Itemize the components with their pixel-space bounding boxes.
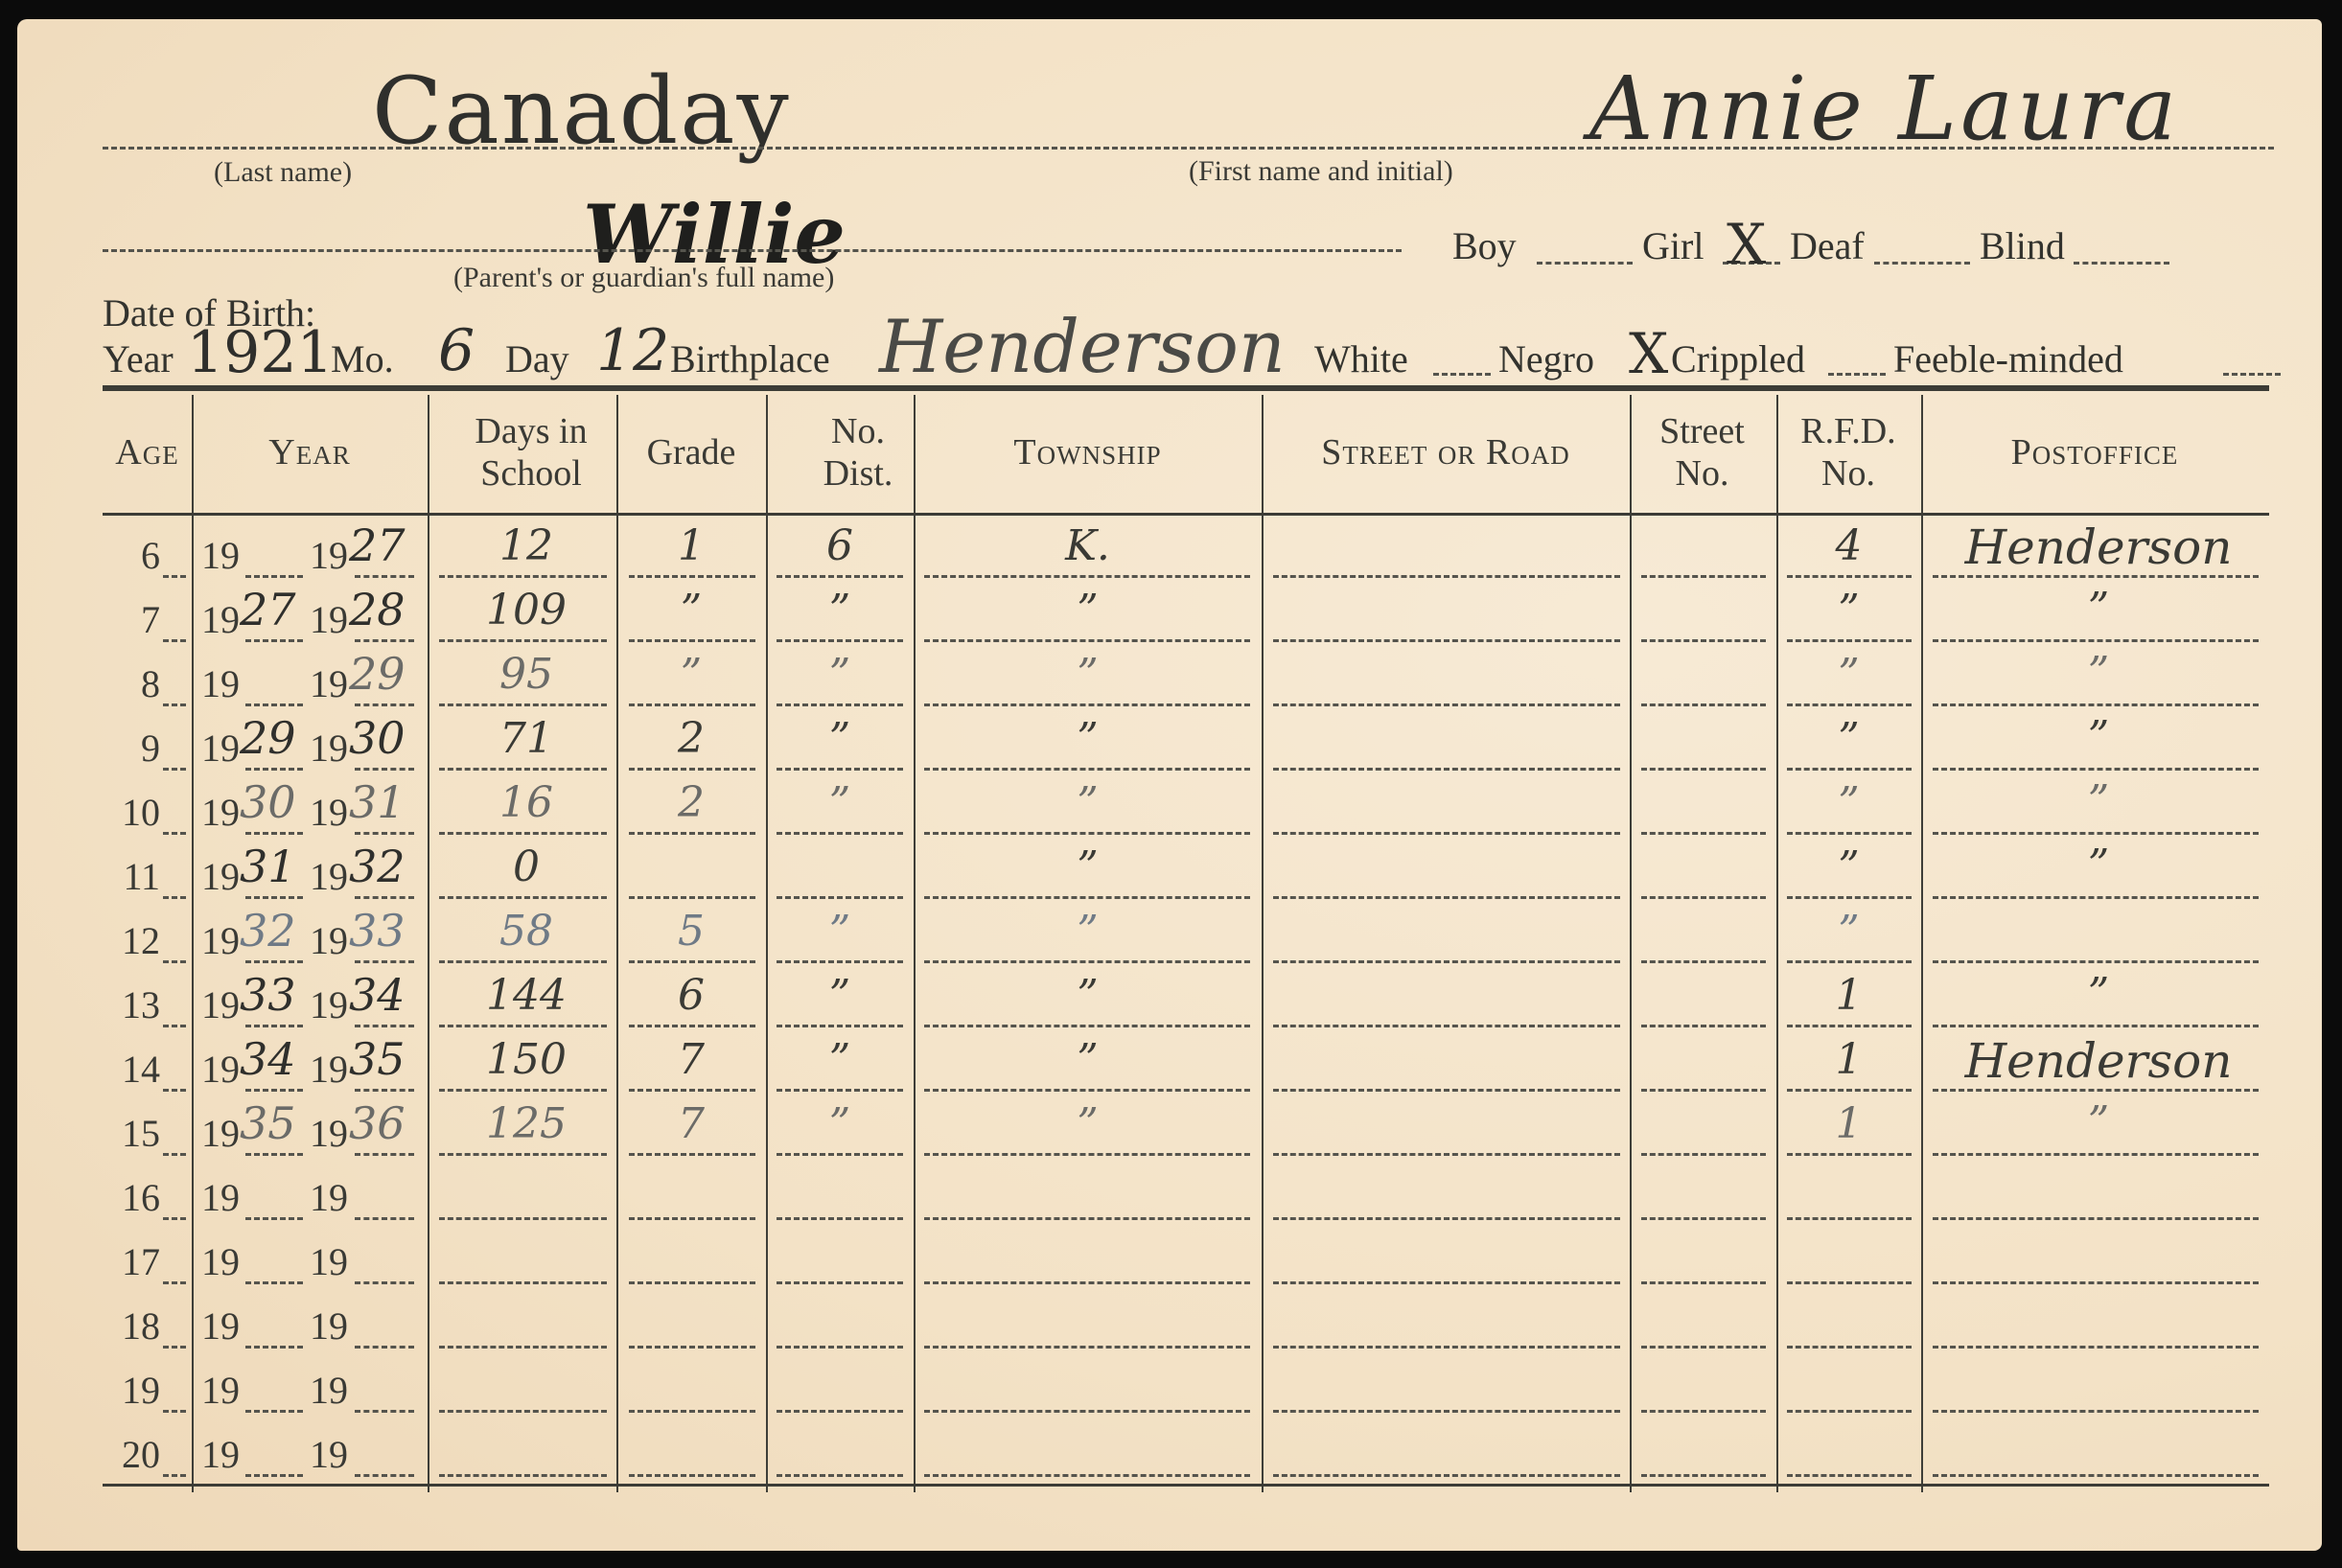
table-row: 6 19 19 27 12 1 6 K. 4 Henderson xyxy=(17,519,2322,584)
age-dash xyxy=(163,639,186,642)
cell-dash xyxy=(1933,1217,2259,1220)
age-cell: 7 xyxy=(103,597,160,642)
sex-disability-row: Boy Girl X Deaf Blind xyxy=(1452,216,2286,273)
col-header-age: Age xyxy=(103,395,192,510)
age-cell: 14 xyxy=(103,1047,160,1092)
cell-dash xyxy=(1933,1281,2259,1284)
grade-cell[interactable]: ” xyxy=(616,650,766,699)
days-in-school-cell[interactable]: 58 xyxy=(435,907,617,956)
township-cell[interactable]: ” xyxy=(914,1099,1262,1148)
year-from-value[interactable]: 32 xyxy=(240,905,296,957)
table-bottom-rule xyxy=(103,1484,2269,1487)
school-census-card: Canaday (Last name) Annie Laura (First n… xyxy=(17,19,2322,1551)
cell-dash xyxy=(777,639,903,642)
year-from-dash xyxy=(245,832,303,835)
col-header-days: Days in School xyxy=(435,395,627,510)
year-to-dash xyxy=(355,703,414,706)
year-to-dash xyxy=(355,896,414,899)
cell-dash xyxy=(439,832,607,835)
year-from-prefix: 19 xyxy=(201,854,240,899)
birth-year-value[interactable]: 1921 xyxy=(187,319,334,386)
cell-dash xyxy=(629,1025,755,1027)
postoffice-cell[interactable]: ” xyxy=(1925,648,2272,697)
cell-dash xyxy=(777,1346,903,1349)
cell-dash xyxy=(439,639,607,642)
cell-dash xyxy=(1273,1474,1620,1477)
year-to-prefix: 19 xyxy=(310,1432,348,1477)
table-row: 10 19 30 19 31 16 2 ” ” ” ” xyxy=(17,776,2322,841)
grade-cell[interactable]: 6 xyxy=(616,971,766,1020)
year-from-dash xyxy=(245,703,303,706)
year-from-value[interactable]: 30 xyxy=(240,776,296,828)
table-row: 7 19 27 19 28 109 ” ” ” ” ” xyxy=(17,584,2322,648)
year-to-value[interactable]: 29 xyxy=(349,648,406,700)
days-in-school-cell[interactable]: 109 xyxy=(435,586,617,634)
cell-dash xyxy=(924,896,1250,899)
year-to-dash xyxy=(355,1346,414,1349)
year-from-prefix: 19 xyxy=(201,918,240,963)
cell-dash xyxy=(924,832,1250,835)
cell-dash xyxy=(1641,832,1766,835)
year-to-value[interactable]: 30 xyxy=(349,712,406,764)
cell-dash xyxy=(1273,960,1620,963)
year-to-value[interactable]: 27 xyxy=(349,519,406,571)
year-from-prefix: 19 xyxy=(201,661,240,706)
days-in-school-cell[interactable]: 144 xyxy=(435,971,617,1020)
rfd-no-cell[interactable]: ” xyxy=(1776,586,1921,634)
cell-dash xyxy=(1787,768,1912,771)
year-from-prefix: 19 xyxy=(201,1111,240,1156)
cell-dash xyxy=(439,1410,607,1413)
cell-dash xyxy=(1641,575,1766,578)
year-from-prefix: 19 xyxy=(201,982,240,1027)
year-to-dash xyxy=(355,1025,414,1027)
table-row: 11 19 31 19 32 0 ” ” ” xyxy=(17,841,2322,905)
age-cell: 8 xyxy=(103,661,160,706)
district-cell[interactable]: ” xyxy=(766,778,914,827)
postoffice-cell[interactable]: ” xyxy=(1925,969,2272,1018)
year-label: Year xyxy=(103,336,174,381)
year-to-value[interactable]: 31 xyxy=(349,776,406,828)
age-cell: 16 xyxy=(103,1175,160,1220)
year-to-prefix: 19 xyxy=(310,1303,348,1349)
cell-dash xyxy=(629,1410,755,1413)
postoffice-cell[interactable]: ” xyxy=(1925,712,2272,761)
cell-dash xyxy=(629,1153,755,1156)
col-header-street-no: Street No. xyxy=(1637,395,1767,510)
district-cell[interactable]: ” xyxy=(766,586,914,634)
township-cell[interactable]: ” xyxy=(914,842,1262,891)
crippled-field[interactable] xyxy=(1828,373,1886,376)
deaf-field[interactable] xyxy=(1874,262,1970,265)
age-dash xyxy=(163,960,186,963)
cell-dash xyxy=(777,1089,903,1092)
postoffice-cell[interactable]: Henderson xyxy=(1925,1033,2272,1089)
year-to-prefix: 19 xyxy=(310,1175,348,1220)
year-from-prefix: 19 xyxy=(201,1432,240,1477)
last-name-label: (Last name) xyxy=(214,156,352,189)
cell-dash xyxy=(1641,768,1766,771)
township-cell[interactable]: ” xyxy=(914,907,1262,956)
cell-dash xyxy=(777,896,903,899)
cell-dash xyxy=(439,703,607,706)
year-to-dash xyxy=(355,1474,414,1477)
cell-dash xyxy=(1273,1025,1620,1027)
cell-dash xyxy=(629,703,755,706)
cell-dash xyxy=(1787,575,1912,578)
cell-dash xyxy=(1641,1410,1766,1413)
township-cell[interactable]: ” xyxy=(914,650,1262,699)
cell-dash xyxy=(1787,1153,1912,1156)
year-to-value[interactable]: 32 xyxy=(349,841,406,892)
cell-dash xyxy=(1787,1346,1912,1349)
day-label: Day xyxy=(505,336,569,381)
year-to-prefix: 19 xyxy=(310,1368,348,1413)
cell-dash xyxy=(1933,1346,2259,1349)
year-to-prefix: 19 xyxy=(310,854,348,899)
month-label: Mo. xyxy=(331,336,394,381)
age-cell: 13 xyxy=(103,982,160,1027)
cell-dash xyxy=(1641,1474,1766,1477)
cell-dash xyxy=(1641,1153,1766,1156)
cell-dash xyxy=(777,768,903,771)
year-to-value[interactable]: 34 xyxy=(349,969,406,1021)
year-from-prefix: 19 xyxy=(201,533,240,578)
cell-dash xyxy=(629,896,755,899)
days-in-school-cell[interactable]: 12 xyxy=(435,521,617,570)
col-header-dist: No. Dist. xyxy=(784,395,932,510)
year-to-value[interactable]: 33 xyxy=(349,905,406,957)
age-dash xyxy=(163,1089,186,1092)
cell-dash xyxy=(1787,832,1912,835)
cell-dash xyxy=(439,1025,607,1027)
crippled-label: Crippled xyxy=(1671,336,1805,381)
postoffice-cell[interactable]: Henderson xyxy=(1925,519,2272,575)
negro-mark: X xyxy=(1629,321,1668,386)
year-to-prefix: 19 xyxy=(310,982,348,1027)
days-in-school-cell[interactable]: 150 xyxy=(435,1035,617,1084)
rfd-no-cell[interactable]: ” xyxy=(1776,907,1921,956)
cell-dash xyxy=(924,1089,1250,1092)
table-row: 18 19 19 xyxy=(17,1290,2322,1354)
district-cell[interactable]: 6 xyxy=(766,521,914,570)
table-row: 14 19 34 19 35 150 7 ” ” 1 Henderson xyxy=(17,1033,2322,1097)
cell-dash xyxy=(777,832,903,835)
rfd-no-cell[interactable]: ” xyxy=(1776,842,1921,891)
days-in-school-cell[interactable]: 125 xyxy=(435,1099,617,1148)
cell-dash xyxy=(1787,1410,1912,1413)
postoffice-cell[interactable]: ” xyxy=(1925,584,2272,633)
age-cell: 6 xyxy=(103,533,160,578)
cell-dash xyxy=(1933,703,2259,706)
birth-day-value[interactable]: 12 xyxy=(596,317,669,384)
age-dash xyxy=(163,703,186,706)
cell-dash xyxy=(777,1281,903,1284)
year-from-value[interactable]: 29 xyxy=(240,712,296,764)
cell-dash xyxy=(1273,1217,1620,1220)
cell-dash xyxy=(439,1153,607,1156)
cell-dash xyxy=(1641,896,1766,899)
cell-dash xyxy=(777,575,903,578)
cell-dash xyxy=(1641,1217,1766,1220)
blind-field[interactable] xyxy=(2074,262,2169,265)
birthplace-value[interactable]: Henderson xyxy=(879,304,1286,389)
cell-dash xyxy=(1273,575,1620,578)
cell-dash xyxy=(1787,1474,1912,1477)
col-header-postoffice: Postoffice xyxy=(1921,395,2268,510)
township-cell[interactable]: ” xyxy=(914,1035,1262,1084)
negro-label: Negro xyxy=(1498,336,1594,381)
section-divider xyxy=(103,385,2269,391)
cell-dash xyxy=(777,1025,903,1027)
cell-dash xyxy=(629,1217,755,1220)
year-from-prefix: 19 xyxy=(201,1175,240,1220)
cell-dash xyxy=(777,1153,903,1156)
cell-dash xyxy=(439,1346,607,1349)
table-row: 8 19 19 29 95 ” ” ” ” ” xyxy=(17,648,2322,712)
cell-dash xyxy=(439,1217,607,1220)
cell-dash xyxy=(439,896,607,899)
cell-dash xyxy=(924,1346,1250,1349)
cell-dash xyxy=(1641,960,1766,963)
grade-cell[interactable]: 2 xyxy=(616,778,766,827)
cell-dash xyxy=(629,639,755,642)
cell-dash xyxy=(629,575,755,578)
first-name-value: Annie Laura xyxy=(1589,58,2180,160)
year-to-prefix: 19 xyxy=(310,533,348,578)
age-cell: 10 xyxy=(103,790,160,835)
postoffice-cell[interactable]: ” xyxy=(1925,1097,2272,1146)
cell-dash xyxy=(1787,896,1912,899)
cell-dash xyxy=(924,1281,1250,1284)
cell-dash xyxy=(1933,1089,2259,1092)
grade-cell[interactable]: 5 xyxy=(616,907,766,956)
cell-dash xyxy=(1641,1346,1766,1349)
cell-dash xyxy=(924,575,1250,578)
white-field[interactable] xyxy=(1433,373,1491,376)
year-to-prefix: 19 xyxy=(310,790,348,835)
cell-dash xyxy=(629,1346,755,1349)
table-row: 19 19 19 xyxy=(17,1354,2322,1418)
days-in-school-cell[interactable]: 71 xyxy=(435,714,617,763)
days-in-school-cell[interactable]: 95 xyxy=(435,650,617,699)
rfd-no-cell[interactable]: 4 xyxy=(1776,521,1921,570)
cell-dash xyxy=(1933,639,2259,642)
grade-cell[interactable]: 7 xyxy=(616,1099,766,1148)
district-cell[interactable]: ” xyxy=(766,650,914,699)
year-from-value[interactable]: 31 xyxy=(240,841,296,892)
table-row: 16 19 19 xyxy=(17,1162,2322,1226)
year-to-prefix: 19 xyxy=(310,597,348,642)
township-cell[interactable]: ” xyxy=(914,714,1262,763)
cell-dash xyxy=(1933,896,2259,899)
cell-dash xyxy=(439,1089,607,1092)
age-cell: 17 xyxy=(103,1239,160,1284)
girl-mark: X xyxy=(1727,212,1766,277)
age-dash xyxy=(163,1410,186,1413)
year-to-dash xyxy=(355,1153,414,1156)
rfd-no-cell[interactable]: 1 xyxy=(1776,971,1921,1020)
year-to-dash xyxy=(355,1410,414,1413)
cell-dash xyxy=(924,1153,1250,1156)
year-from-prefix: 19 xyxy=(201,726,240,771)
year-from-dash xyxy=(245,1346,303,1349)
cell-dash xyxy=(1933,1025,2259,1027)
cell-dash xyxy=(439,960,607,963)
postoffice-cell[interactable]: ” xyxy=(1925,776,2272,825)
grade-cell[interactable]: 1 xyxy=(616,521,766,570)
year-from-value[interactable]: 35 xyxy=(240,1097,296,1149)
col-header-street-road: Street or Road xyxy=(1262,395,1630,510)
age-dash xyxy=(163,1474,186,1477)
cell-dash xyxy=(1641,639,1766,642)
year-to-prefix: 19 xyxy=(310,726,348,771)
cell-dash xyxy=(924,1474,1250,1477)
rfd-no-cell[interactable]: ” xyxy=(1776,650,1921,699)
township-cell[interactable]: ” xyxy=(914,778,1262,827)
cell-dash xyxy=(777,1410,903,1413)
year-from-dash xyxy=(245,768,303,771)
district-cell[interactable]: ” xyxy=(766,1099,914,1148)
township-cell[interactable]: K. xyxy=(914,521,1262,570)
district-cell[interactable]: ” xyxy=(766,907,914,956)
cell-dash xyxy=(1787,1281,1912,1284)
age-dash xyxy=(163,768,186,771)
col-header-year: Year xyxy=(192,395,428,510)
age-dash xyxy=(163,575,186,578)
district-cell[interactable]: ” xyxy=(766,714,914,763)
table-row: 9 19 29 19 30 71 2 ” ” ” ” xyxy=(17,712,2322,776)
township-cell[interactable]: ” xyxy=(914,971,1262,1020)
year-to-prefix: 19 xyxy=(310,918,348,963)
year-to-value[interactable]: 35 xyxy=(349,1033,406,1085)
cell-dash xyxy=(1933,832,2259,835)
cell-dash xyxy=(1787,1025,1912,1027)
cell-dash xyxy=(1641,1281,1766,1284)
birth-row: Year 1921 Mo. 6 Day 12 Birthplace Hender… xyxy=(103,331,2298,388)
cell-dash xyxy=(1273,1089,1620,1092)
boy-label: Boy xyxy=(1452,223,1517,268)
rfd-no-cell[interactable]: ” xyxy=(1776,778,1921,827)
year-to-dash xyxy=(355,1217,414,1220)
year-from-value[interactable]: 33 xyxy=(240,969,296,1021)
year-to-dash xyxy=(355,832,414,835)
year-from-dash xyxy=(245,960,303,963)
cell-dash xyxy=(1787,703,1912,706)
age-dash xyxy=(163,832,186,835)
age-dash xyxy=(163,1153,186,1156)
table-row: 17 19 19 xyxy=(17,1226,2322,1290)
cell-dash xyxy=(629,1474,755,1477)
year-to-value[interactable]: 28 xyxy=(349,584,406,635)
cell-dash xyxy=(1273,1153,1620,1156)
grade-cell[interactable]: 7 xyxy=(616,1035,766,1084)
rfd-no-cell[interactable]: 1 xyxy=(1776,1099,1921,1148)
cell-dash xyxy=(1933,1153,2259,1156)
cell-dash xyxy=(1273,768,1620,771)
birthplace-label: Birthplace xyxy=(670,336,830,381)
district-cell[interactable]: ” xyxy=(766,1035,914,1084)
first-name-label: (First name and initial) xyxy=(1189,155,1453,188)
year-to-dash xyxy=(355,960,414,963)
cell-dash xyxy=(777,703,903,706)
table-row: 13 19 33 19 34 144 6 ” ” 1 ” xyxy=(17,969,2322,1033)
township-cell[interactable]: ” xyxy=(914,586,1262,634)
cell-dash xyxy=(1273,896,1620,899)
year-from-prefix: 19 xyxy=(201,1047,240,1092)
cell-dash xyxy=(924,1410,1250,1413)
grade-cell[interactable]: ” xyxy=(616,586,766,634)
year-from-prefix: 19 xyxy=(201,597,240,642)
col-header-rfd-no: R.F.D. No. xyxy=(1783,395,1913,510)
year-from-prefix: 19 xyxy=(201,1239,240,1284)
district-cell[interactable]: ” xyxy=(766,971,914,1020)
cell-dash xyxy=(1641,703,1766,706)
year-from-dash xyxy=(245,575,303,578)
year-from-dash xyxy=(245,896,303,899)
cell-dash xyxy=(1641,1089,1766,1092)
cell-dash xyxy=(924,1025,1250,1027)
cell-dash xyxy=(1273,703,1620,706)
days-in-school-cell[interactable]: 16 xyxy=(435,778,617,827)
cell-dash xyxy=(1273,1346,1620,1349)
cell-dash xyxy=(1933,1474,2259,1477)
year-from-dash xyxy=(245,1410,303,1413)
grade-cell[interactable]: 2 xyxy=(616,714,766,763)
girl-label: Girl xyxy=(1642,223,1704,268)
postoffice-cell[interactable]: ” xyxy=(1925,841,2272,889)
age-cell: 18 xyxy=(103,1303,160,1349)
cell-dash xyxy=(1933,768,2259,771)
cell-dash xyxy=(1273,1281,1620,1284)
cell-dash xyxy=(1787,960,1912,963)
feeble-minded-field[interactable] xyxy=(2223,373,2281,376)
year-from-prefix: 19 xyxy=(201,1368,240,1413)
year-from-value[interactable]: 34 xyxy=(240,1033,296,1085)
rfd-no-cell[interactable]: ” xyxy=(1776,714,1921,763)
days-in-school-cell[interactable]: 0 xyxy=(435,842,617,891)
cell-dash xyxy=(1787,1089,1912,1092)
parent-name-label: (Parent's or guardian's full name) xyxy=(453,262,834,294)
age-dash xyxy=(163,1281,186,1284)
boy-field[interactable] xyxy=(1537,262,1633,265)
year-to-dash xyxy=(355,768,414,771)
cell-dash xyxy=(777,1474,903,1477)
year-to-dash xyxy=(355,575,414,578)
parent-name-line xyxy=(103,249,1402,252)
cell-dash xyxy=(1641,1025,1766,1027)
year-from-value[interactable]: 27 xyxy=(240,584,296,635)
age-cell: 12 xyxy=(103,918,160,963)
rfd-no-cell[interactable]: 1 xyxy=(1776,1035,1921,1084)
age-cell: 11 xyxy=(103,854,160,899)
year-from-dash xyxy=(245,1089,303,1092)
cell-dash xyxy=(439,768,607,771)
cell-dash xyxy=(1273,1410,1620,1413)
age-dash xyxy=(163,1025,186,1027)
cell-dash xyxy=(924,1217,1250,1220)
cell-dash xyxy=(439,1474,607,1477)
cell-dash xyxy=(439,1281,607,1284)
cell-dash xyxy=(924,639,1250,642)
table-row: 12 19 32 19 33 58 5 ” ” ” xyxy=(17,905,2322,969)
cell-dash xyxy=(777,1217,903,1220)
cell-dash xyxy=(629,832,755,835)
cell-dash xyxy=(439,575,607,578)
year-to-value[interactable]: 36 xyxy=(349,1097,406,1149)
year-from-dash xyxy=(245,1281,303,1284)
birth-month-value[interactable]: 6 xyxy=(438,317,475,384)
